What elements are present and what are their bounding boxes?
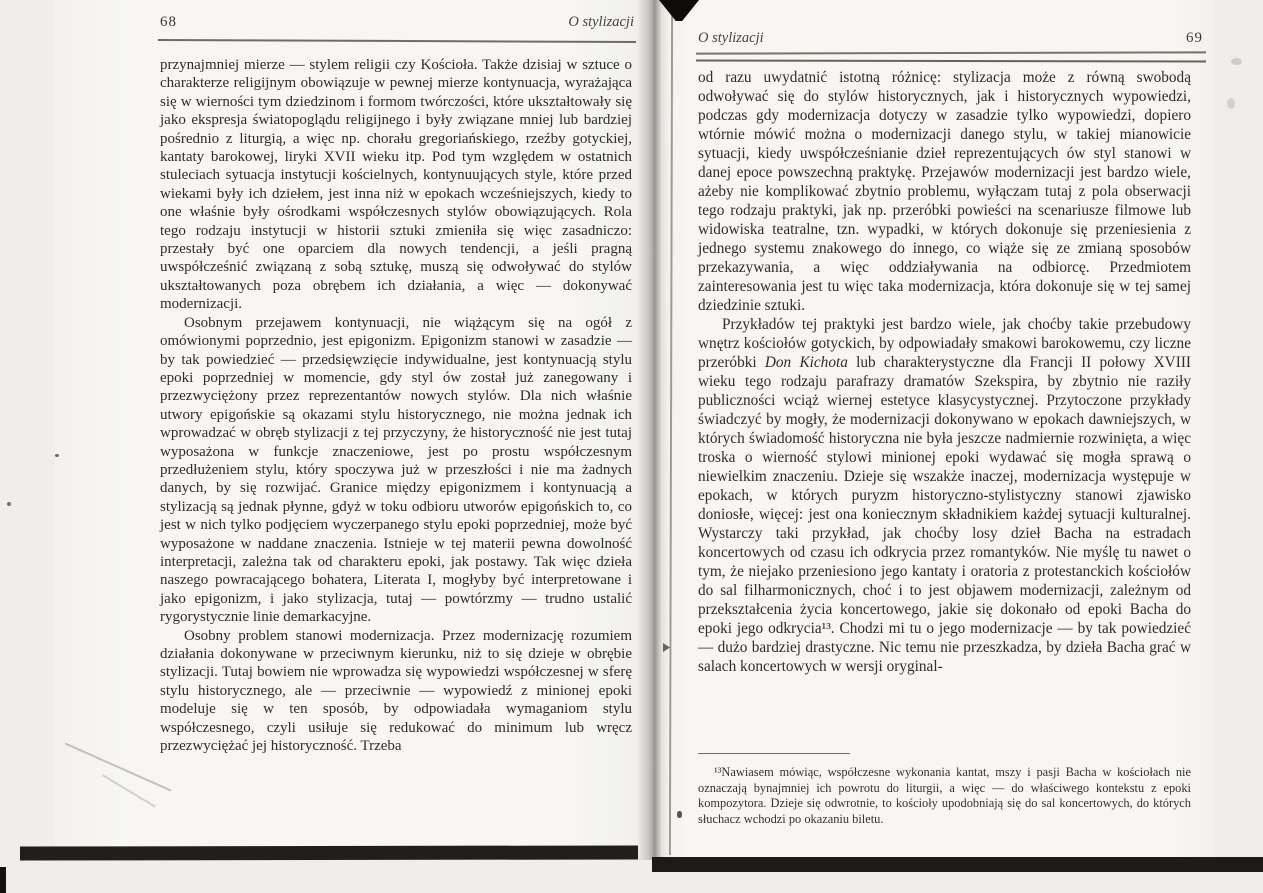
text-column-right: od razu uwydatnić istotną różnicę: styli… bbox=[698, 68, 1191, 676]
text-run: przynajmniej mierze — stylem religii czy… bbox=[160, 57, 632, 312]
page-number-right: 69 bbox=[1186, 30, 1203, 47]
text-run: lub charakterystyczne dla Francji II poł… bbox=[698, 354, 1191, 675]
page-left: 68 O stylizacji przynajmniej mierze — st… bbox=[55, 0, 640, 847]
paragraph: ¹³Nawiasem mówiąc, współczesne wykonania… bbox=[698, 765, 1191, 827]
text-run: Osobnym przejawem kontynuacji, nie wiążą… bbox=[160, 315, 632, 626]
scan-smudge bbox=[1231, 58, 1242, 65]
scan-smudge bbox=[1227, 98, 1235, 109]
scan-edge-bar-right bbox=[652, 857, 1263, 872]
header-rule-right-lower bbox=[696, 60, 1206, 62]
page-right-header: O stylizacji 69 bbox=[698, 30, 1203, 47]
gutter-speck bbox=[677, 811, 682, 818]
paragraph: od razu uwydatnić istotną różnicę: styli… bbox=[698, 68, 1191, 315]
book-scan: 68 O stylizacji przynajmniej mierze — st… bbox=[0, 0, 1263, 893]
binding-gutter-shadow bbox=[637, 0, 669, 860]
scan-edge-mark bbox=[0, 867, 6, 893]
text-run: ¹³Nawiasem mówiąc, współczesne wykonania… bbox=[698, 765, 1191, 826]
footnote: ¹³Nawiasem mówiąc, współczesne wykonania… bbox=[698, 765, 1191, 827]
header-rule-right-upper bbox=[696, 51, 1206, 54]
paragraph: Przykładów tej praktyki jest bardzo wiel… bbox=[698, 315, 1191, 676]
footnote-separator bbox=[698, 753, 850, 754]
paragraph: Osobny problem stanowi modernizacja. Prz… bbox=[160, 627, 632, 756]
paragraph: przynajmniej mierze — stylem religii czy… bbox=[160, 56, 632, 314]
italic-text-run: Don Kichota bbox=[765, 354, 848, 371]
paragraph: Osobnym przejawem kontynuacji, nie wiążą… bbox=[160, 314, 632, 627]
header-rule-left bbox=[158, 39, 636, 43]
text-run: Osobny problem stanowi modernizacja. Prz… bbox=[160, 628, 632, 754]
running-header-right: O stylizacji bbox=[698, 30, 764, 47]
text-run: od razu uwydatnić istotną różnicę: styli… bbox=[698, 69, 1191, 314]
scan-edge-bar-left bbox=[20, 845, 638, 860]
text-column-left: przynajmniej mierze — stylem religii czy… bbox=[160, 56, 632, 755]
running-header-left: O stylizacji bbox=[568, 14, 634, 31]
page-left-header: 68 O stylizacji bbox=[160, 14, 634, 31]
margin-dot bbox=[55, 454, 59, 457]
page-number-left: 68 bbox=[160, 14, 177, 31]
margin-dot bbox=[7, 502, 11, 506]
page-right: O stylizacji 69 od razu uwydatnić istotn… bbox=[653, 0, 1215, 858]
